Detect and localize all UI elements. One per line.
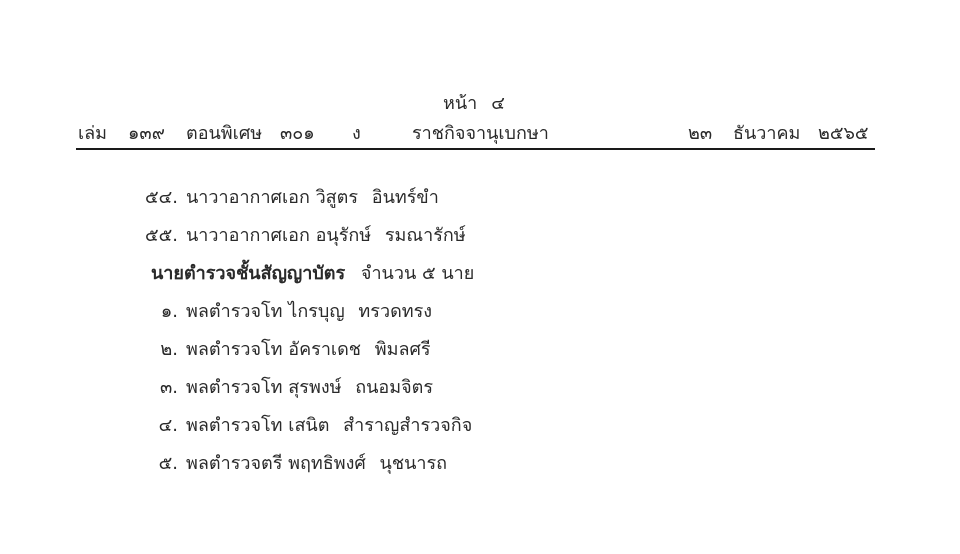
- section-count: จำนวน ๕ นาย: [361, 263, 474, 284]
- publication-name: ราชกิจจานุเบกษา: [412, 118, 549, 147]
- entry-rank: พลตำรวจโท: [186, 377, 283, 398]
- list-item: ๒. พลตำรวจโท อัคราเดช พิมลศรี: [186, 334, 431, 360]
- section-title: นายตำรวจชั้นสัญญาบัตร: [151, 263, 345, 284]
- entry-rank: พลตำรวจตรี: [186, 453, 282, 474]
- date-year: ๒๕๖๕: [818, 118, 869, 147]
- list-item: ๕. พลตำรวจตรี พฤทธิพงศ์ นุชนารถ: [186, 448, 447, 474]
- entry-index: ๕๔.: [145, 182, 178, 211]
- entry-first-name: สุรพงษ์: [288, 377, 341, 398]
- entry-index: ๕๕.: [145, 220, 178, 249]
- issue-label: ตอนพิเศษ: [186, 118, 262, 147]
- issue-number: ๓๐๑: [280, 118, 315, 147]
- entry-last-name: ทรวดทรง: [358, 301, 432, 322]
- entry-rank: นาวาอากาศเอก: [186, 187, 310, 208]
- entry-last-name: สำราญสำรวจกิจ: [343, 415, 472, 436]
- entry-last-name: ถนอมจิตร: [355, 377, 433, 398]
- header-divider: [76, 148, 875, 150]
- list-item: ๕๔. นาวาอากาศเอก วิสูตร อินทร์ขำ: [186, 182, 439, 208]
- entry-index: ๓.: [160, 372, 178, 401]
- entry-index: ๑.: [161, 296, 178, 325]
- list-item: ๑. พลตำรวจโท ไกรบุญ ทรวดทรง: [186, 296, 432, 322]
- section-heading: นายตำรวจชั้นสัญญาบัตร จำนวน ๕ นาย: [151, 258, 474, 287]
- page-label: หน้า: [443, 93, 477, 114]
- entry-index: ๔.: [159, 410, 178, 439]
- entry-last-name: พิมลศรี: [375, 339, 431, 360]
- list-item: ๕๕. นาวาอากาศเอก อนุรักษ์ รมณารักษ์: [186, 220, 466, 246]
- entry-first-name: เสนิต: [288, 415, 329, 436]
- volume-number: ๑๓๙: [128, 118, 165, 147]
- entry-rank: พลตำรวจโท: [186, 301, 283, 322]
- entry-rank: นาวาอากาศเอก: [186, 225, 310, 246]
- issue-letter: ง: [352, 118, 361, 147]
- entry-index: ๒.: [160, 334, 178, 363]
- date-day: ๒๓: [688, 118, 712, 147]
- entry-first-name: วิสูตร: [316, 187, 358, 208]
- entry-rank: พลตำรวจโท: [186, 415, 283, 436]
- entry-last-name: อินทร์ขำ: [372, 187, 439, 208]
- entry-rank: พลตำรวจโท: [186, 339, 283, 360]
- entry-first-name: อัคราเดช: [288, 339, 361, 360]
- entry-last-name: นุชนารถ: [380, 453, 448, 474]
- page-number: หน้า๔: [443, 88, 505, 117]
- gazette-header: เล่ม ๑๓๙ ตอนพิเศษ ๓๐๑ ง ราชกิจจานุเบกษา …: [78, 118, 875, 144]
- entry-index: ๕.: [159, 448, 178, 477]
- date-month: ธันวาคม: [733, 118, 800, 147]
- entry-first-name: อนุรักษ์: [316, 225, 372, 246]
- entry-last-name: รมณารักษ์: [385, 225, 466, 246]
- volume-label: เล่ม: [78, 118, 107, 147]
- entry-first-name: พฤทธิพงศ์: [288, 453, 366, 474]
- list-item: ๔. พลตำรวจโท เสนิต สำราญสำรวจกิจ: [186, 410, 472, 436]
- list-item: ๓. พลตำรวจโท สุรพงษ์ ถนอมจิตร: [186, 372, 433, 398]
- page-number-value: ๔: [491, 93, 505, 114]
- entry-first-name: ไกรบุญ: [288, 301, 344, 322]
